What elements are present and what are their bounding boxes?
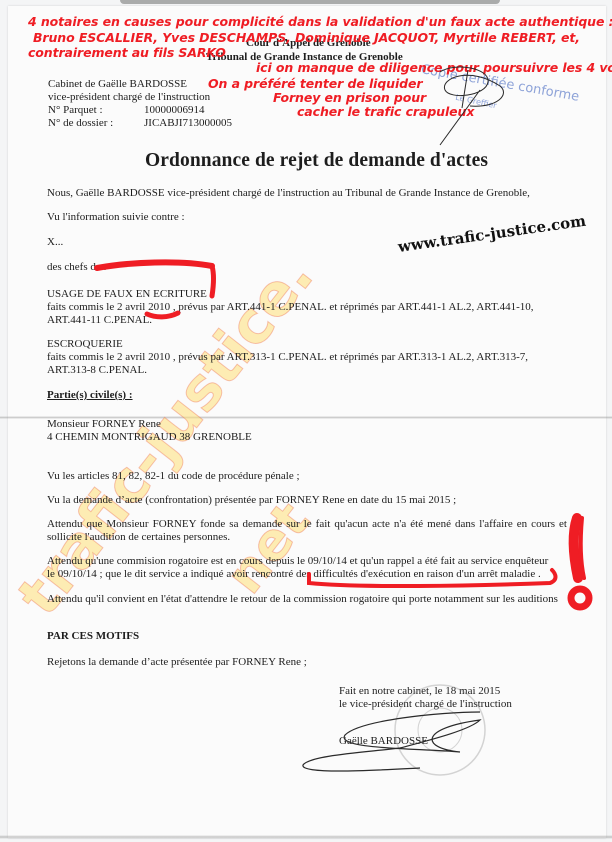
vu-articles: Vu les articles 81, 82, 82-1 du code de … bbox=[47, 470, 300, 483]
attendu-paragraph-2-line-1: Attendu qu'une commision rogatoire est e… bbox=[47, 555, 548, 568]
annotation-trafic: cacher le trafic crapuleux bbox=[297, 104, 474, 119]
signer-name: Gaëlle BARDOSSE bbox=[339, 735, 428, 748]
dossier-value: JICABJI713000005 bbox=[144, 117, 232, 129]
annotation-liquider: On a préféré tenter de liquider bbox=[208, 76, 422, 91]
rejection-statement: Rejetons la demande d’acte présentée par… bbox=[47, 656, 307, 669]
attendu-paragraph-2-line-2: le 09/10/14 ; que le dit service a indiq… bbox=[47, 568, 541, 581]
page-bottom-edge bbox=[0, 835, 612, 839]
signature-place-date: Fait en notre cabinet, le 18 mai 2015 bbox=[339, 685, 500, 698]
charge-details: ART.313-8 C.PENAL. bbox=[47, 364, 147, 377]
document-title: Ordonnance de rejet de demande d'actes bbox=[145, 150, 488, 172]
annotation-notaires: 4 notaires en causes pour complicité dan… bbox=[28, 14, 612, 29]
annotation-prison: Forney en prison pour bbox=[273, 90, 426, 105]
vu-demande: Vu la demande d’acte (confrontation) pré… bbox=[47, 494, 456, 507]
charge-name: ESCROQUERIE bbox=[47, 338, 123, 351]
annotation-sarko: contrairement au fils SARKO bbox=[28, 45, 226, 60]
signer-role: le vice-président chargé de l'instructio… bbox=[339, 698, 512, 711]
charge-details: ART.441-11 C.PENAL. bbox=[47, 314, 152, 327]
attendu-paragraph-1: Attendu que Monsieur FORNEY fonde sa dem… bbox=[47, 518, 567, 544]
parquet-number: N° Parquet :10000006914 bbox=[48, 104, 205, 117]
annotation-names: Bruno ESCALLIER, Yves DESCHAMPS, Dominiq… bbox=[33, 30, 580, 45]
party-name: Monsieur FORNEY Rene bbox=[47, 418, 161, 431]
party-address: 4 CHEMIN MONTRIGAUD 38 GRENOBLE bbox=[47, 431, 252, 444]
charge-details: faits commis le 2 avril 2010 , prévus pa… bbox=[47, 351, 528, 364]
charge-details: faits commis le 2 avril 2010 , prévus pa… bbox=[47, 301, 534, 314]
intro-paragraph: Nous, Gaëlle BARDOSSE vice-président cha… bbox=[47, 187, 530, 200]
chefs-label: des chefs de : bbox=[47, 261, 107, 274]
parties-heading: Partie(s) civile(s) : bbox=[47, 389, 133, 402]
vu-information: Vu l'information suivie contre : bbox=[47, 211, 185, 224]
motifs-heading: PAR CES MOTIFS bbox=[47, 630, 139, 643]
charge-name: USAGE DE FAUX EN ECRITURE bbox=[47, 288, 207, 301]
cabinet-name: Cabinet de Gaëlle BARDOSSE bbox=[48, 78, 187, 91]
parquet-label: N° Parquet : bbox=[48, 104, 144, 117]
annotation-diligence: ici on manque de diligence pour poursuiv… bbox=[256, 60, 612, 75]
dossier-label: N° de dossier : bbox=[48, 117, 144, 130]
attendu-paragraph-3: Attendu qu'il convient en l'état d'atten… bbox=[47, 593, 567, 606]
dossier-number: N° de dossier :JICABJI713000005 bbox=[48, 117, 232, 130]
scan-edge-shadow bbox=[120, 0, 500, 4]
parquet-value: 10000006914 bbox=[144, 104, 205, 116]
judge-role: vice-président chargé de l'instruction bbox=[48, 91, 210, 104]
against-x: X... bbox=[47, 236, 63, 249]
